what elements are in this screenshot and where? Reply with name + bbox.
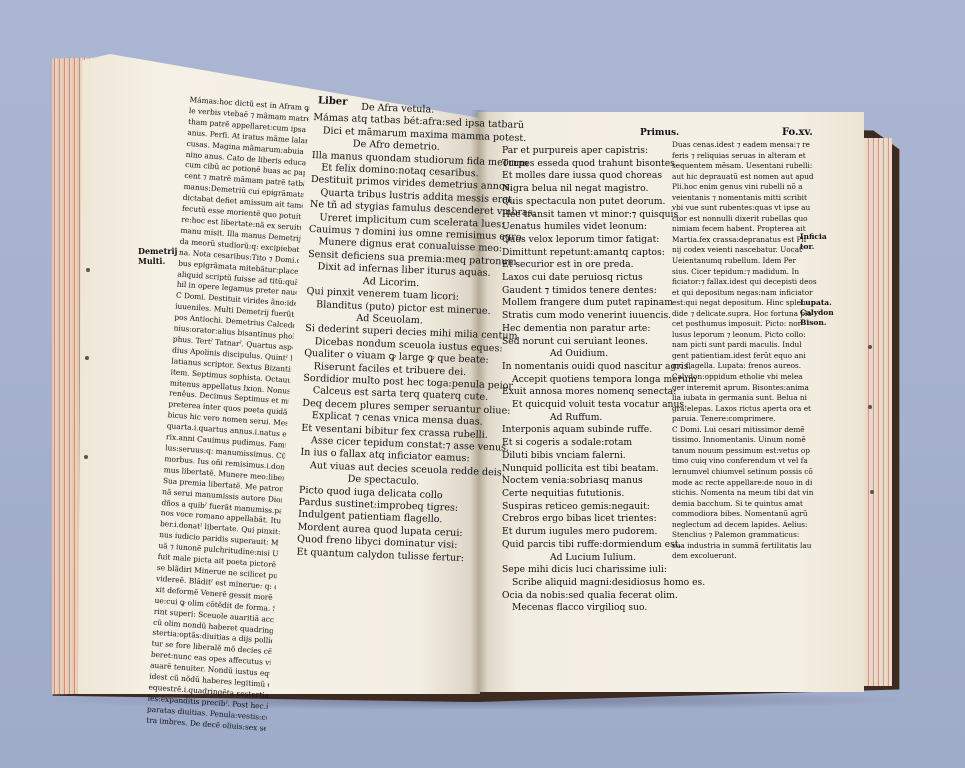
commentary-line: dem excoluerunt. bbox=[672, 551, 804, 562]
verse-line: Noctem venia:sobriasq manus bbox=[502, 475, 672, 488]
commentary-line: gra:elepas. Laxos rictus aperta ora et bbox=[672, 404, 804, 415]
verse-line: Exuit annosa mores nomenq senecta: bbox=[502, 386, 672, 399]
commentary-line: feris ⁊ reliquias seruas in alteram et bbox=[672, 151, 804, 162]
commentary-line: lia iubata in germania sunt. Belua ni bbox=[672, 393, 804, 404]
photo-stage: Liber Demetrij Multi. Mámas:hoc dictũ es… bbox=[0, 0, 965, 768]
verse-line: Suspiras reticeo gemis:negauit: bbox=[502, 501, 672, 514]
margin-note-line: tor. bbox=[800, 242, 827, 252]
commentary-line: nij codex veienti nascebatur. Uocatˀ bbox=[672, 245, 804, 256]
right-running-head: Primus. bbox=[640, 128, 679, 138]
commentary-line: dide ⁊ delicate.supra. Hoc fortuna pla bbox=[672, 309, 804, 320]
verse-line: Et si cogeris a sodale:rotam bbox=[502, 437, 672, 450]
verse-line: Certe nequitias fututionis. bbox=[502, 488, 672, 501]
epigram-title: Ad Ruffum. bbox=[502, 412, 672, 425]
commentary-line: C Domi. Lui cesari mitissimor demẽ bbox=[672, 425, 804, 436]
commentary-line: neglectum ad decem lapides. Aelius: bbox=[672, 520, 804, 531]
commentary-line: vbi vue sunt rubentes:quas vt ipse au bbox=[672, 203, 804, 214]
commentary-line: ficiator:⁊ fallax.idest qui decepisti de… bbox=[672, 277, 804, 288]
margin-note-line: Bison. bbox=[800, 318, 834, 328]
epigram-title: Ad Ouidium. bbox=[502, 348, 672, 361]
commentary-line: ctor est nonnulli dixerit rubellas quo bbox=[672, 214, 804, 225]
verse-line: Quid parcis tibi ruffe:dormiendum est. bbox=[502, 539, 672, 552]
verse-line: Sepe mihi dicis luci charissime iuli: bbox=[502, 564, 672, 577]
binding-hole bbox=[86, 268, 90, 272]
verse-line: Interponis aquam subinde ruffe. bbox=[502, 424, 672, 437]
verse-line: Quis spectacula non putet deorum. bbox=[502, 196, 672, 209]
folio-number: Fo.xv. bbox=[782, 127, 813, 138]
verse-line: Scribe aliquid magni:desidiosus homo es. bbox=[502, 577, 672, 590]
margin-note-line: Lupata. bbox=[800, 298, 834, 308]
commentary-line: nam picti sunt pardi maculis. Indul bbox=[672, 340, 804, 351]
commentary-line: Duas cenas.idest ⁊ eadem mensa:⁊ re bbox=[672, 140, 804, 151]
left-margin-note: Demetrij Multi. bbox=[138, 246, 177, 266]
commentary-line: lusus leporum ⁊ leonum. Picto collo: bbox=[672, 330, 804, 341]
commentary-line: lernumvel chiumvel setinum possis cõ bbox=[672, 467, 804, 478]
verse-line: Mollem frangere dum putet rapinam bbox=[502, 297, 672, 310]
verse-line: Gaudent ⁊ timidos tenere dentes: bbox=[502, 285, 672, 298]
commentary-line: mode ac recte appellare:de nouo in di bbox=[672, 478, 804, 489]
right-margin-note: Lupata. Calydon Bison. bbox=[800, 298, 834, 327]
verse-line: In nomentanis ouidi quod nascitur agris. bbox=[502, 361, 672, 374]
commentary-line: sua industria in summã fertilitatis lau bbox=[672, 541, 804, 552]
commentary-line: timo cuiq vino conferendum vt vel fa bbox=[672, 456, 804, 467]
verse-line: Turpes esseda quod trahunt bisontes. bbox=[502, 158, 672, 171]
commentary-line: veientanis ⁊ nomentanis mitti scribit bbox=[672, 193, 804, 204]
margin-note-line: Demetrij bbox=[138, 246, 177, 256]
left-verse-column: De Afra vetula.Mámas atq tatbas bét:afra… bbox=[296, 100, 481, 565]
commentary-line: paruia. Tenere:comprimere. bbox=[672, 414, 804, 425]
margin-note-line: Multi. bbox=[138, 256, 177, 266]
commentary-line: stichis. Nomenta na meum tibi dat vin bbox=[672, 488, 804, 499]
right-verse-column: Par et purpureis aper capistris:Turpes e… bbox=[502, 145, 672, 615]
commentary-line: tanum nouum pessimum est:vetus op bbox=[672, 446, 804, 457]
right-commentary-column: Duas cenas.idest ⁊ eadem mensa:⁊ referis… bbox=[672, 140, 804, 562]
verse-line: Sed norunt cui seruiant leones. bbox=[502, 336, 672, 349]
commentary-line: ger interemit aprum. Bisontes:anima bbox=[672, 383, 804, 394]
verse-line: Et molles dare iussa quod choreas bbox=[502, 170, 672, 183]
commentary-line: aut hic deprauatũ est nomen aut apud bbox=[672, 172, 804, 183]
commentary-line: Stenclius ⁊ Palemon grammaticus: bbox=[672, 530, 804, 541]
margin-note-line: Calydon bbox=[800, 308, 834, 318]
commentary-line: nimiam fecem habent. Propterea ait bbox=[672, 224, 804, 235]
verse-line: Diluti bibis vnciam falerni. bbox=[502, 450, 672, 463]
verse-line: Nigra belua nil negat magistro. bbox=[502, 183, 672, 196]
verse-line: Accepit quotiens tempora longa merum bbox=[502, 374, 672, 387]
binding-hole bbox=[868, 405, 872, 409]
binding-hole bbox=[868, 345, 872, 349]
binding-hole bbox=[85, 356, 89, 360]
verse-line: Par et purpureis aper capistris: bbox=[502, 145, 672, 158]
verse-line: Ocia da nobis:sed qualia fecerat olim. bbox=[502, 590, 672, 603]
verse-line: Hec transit tamen vt minor:⁊ quisquis bbox=[502, 209, 672, 222]
epigram-title: Ad Lucium Iulium. bbox=[502, 552, 672, 565]
commentary-line: est:qui negat depositum. Hinc splen bbox=[672, 298, 804, 309]
commentary-line: tissimo. Innomentanis. Uinum nomẽ bbox=[672, 435, 804, 446]
verse-line: Quos velox leporum timor fatigat: bbox=[502, 234, 672, 247]
verse-line: Et durum iugules mero pudorem. bbox=[502, 526, 672, 539]
commentary-line: mo flagella. Lupata: frenos aureos. bbox=[672, 361, 804, 372]
commentary-line: commodiora bibes. Nomentanũ agrũ bbox=[672, 509, 804, 520]
verse-line: Uenatus humiles videt leonum: bbox=[502, 221, 672, 234]
commentary-line: gent patientiam.idest ferũt equo ani bbox=[672, 351, 804, 362]
commentary-line: cet posthumus imposuit. Picto: norˀ bbox=[672, 319, 804, 330]
commentary-line: sequentem mẽsam. Uesentani rubelli: bbox=[672, 161, 804, 172]
commentary-line: Pli.hoc enim genus vini rubelli nõ a bbox=[672, 182, 804, 193]
binding-hole bbox=[84, 455, 88, 459]
right-margin-note: Inficia tor. bbox=[800, 232, 827, 252]
verse-line: Hec dementia non paratur arte: bbox=[502, 323, 672, 336]
commentary-line: et qui depositum negas:nam inficiator bbox=[672, 288, 804, 299]
binding-hole bbox=[870, 490, 874, 494]
verse-line: Laxos cui date peruiosq rictus bbox=[502, 272, 672, 285]
commentary-line: sius. Cicer tepidum:⁊ madidum. In bbox=[672, 267, 804, 278]
verse-line: Stratis cum modo venerint iuuencis. bbox=[502, 310, 672, 323]
verse-line: Mecenas flacco virgilioq suo. bbox=[502, 602, 672, 615]
verse-line: Nunquid pollicita est tibi beatam. bbox=[502, 463, 672, 476]
verse-line: Crebros ergo bibas licet trientes: bbox=[502, 513, 672, 526]
commentary-line: Martia.fex crassa:depranatus est Pli bbox=[672, 235, 804, 246]
commentary-line: Calydon:oppidum etholie vbi melea bbox=[672, 372, 804, 383]
verse-line: Dimittunt repetunt:amantq captos: bbox=[502, 247, 672, 260]
verse-line: Et securior est in ore preda. bbox=[502, 259, 672, 272]
commentary-line: demia bacchum. Si te quintus amat bbox=[672, 499, 804, 510]
verse-line: Et quicquid voluit testa vocatur anus. bbox=[502, 399, 672, 412]
commentary-line: Ueientanumq rubellum. Idem Per bbox=[672, 256, 804, 267]
margin-note-line: Inficia bbox=[800, 232, 827, 242]
